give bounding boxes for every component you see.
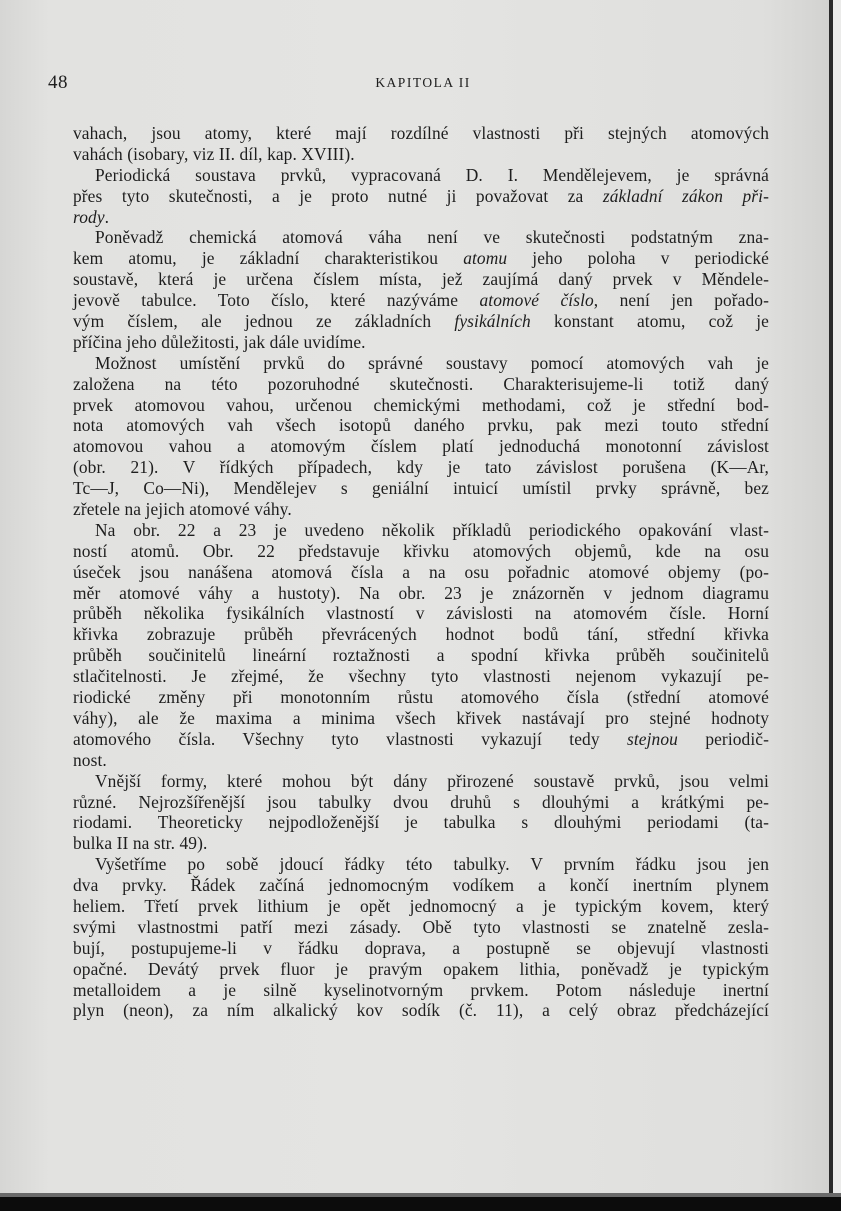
running-head: 48 KAPITOLA II [48,72,768,96]
text-line: vým číslem, ale jednou ze základních fys… [73,311,769,332]
text-line: Periodická soustava prvků, vypracovaná D… [73,165,769,186]
text-line: přes tyto skutečnosti, a je proto nutné … [73,186,769,207]
chapter-title: KAPITOLA II [48,75,768,91]
text-line: prvek atomovou vahou, určenou chemickými… [73,395,769,416]
text-line: heliem. Třetí prvek lithium je opět jedn… [73,896,769,917]
text-line: riodami. Theoreticky nejpodloženější je … [73,812,769,833]
text-line: zřetele na jejich atomové váhy. [73,499,769,520]
text-line: Poněvadž chemická atomová váha není ve s… [73,227,769,248]
text-line: Vnější formy, které mohou být dány přiro… [73,771,769,792]
italic-emphasis: rody [73,207,105,227]
italic-emphasis: základní zákon při- [603,186,769,206]
text-line: plyn (neon), za ním alkalický kov sodík … [73,1000,769,1021]
text-line: úseček jsou nanášena atomová čísla a na … [73,562,769,583]
text-line: křivka zobrazuje průběh převrácených hod… [73,624,769,645]
text-line: opačné. Devátý prvek fluor je pravým opa… [73,959,769,980]
italic-emphasis: atomu [463,248,507,268]
text-line: atomovou vahou a atomovým číslem platí j… [73,436,769,457]
italic-emphasis: atomové číslo [479,290,593,310]
text-line: nota atomových vah všech isotopů daného … [73,415,769,436]
text-line: váhy), ale že maxima a minima všech křiv… [73,708,769,729]
text-line: nost. [73,750,769,771]
text-line: příčina jeho důležitosti, jak dále uvidí… [73,332,769,353]
text-line: různé. Nejrozšířenější jsou tabulky dvou… [73,792,769,813]
text-line: vahach, jsou atomy, které mají rozdílné … [73,123,769,144]
text-line: založena na této pozoruhodné skutečnosti… [73,374,769,395]
text-line: jevově tabulce. Toto číslo, které nazývá… [73,290,769,311]
text-line: Tc—J, Co—Ni), Mendělejev s geniální intu… [73,478,769,499]
text-line: ností atomů. Obr. 22 představuje křivku … [73,541,769,562]
text-line: svými vlastnostmi patří mezi zásady. Obě… [73,917,769,938]
text-line: atomového čísla. Všechny tyto vlastnosti… [73,729,769,750]
text-line: bují, postupujeme-li v řádku doprava, a … [73,938,769,959]
italic-emphasis: stejnou [627,729,678,749]
text-line: (obr. 21). V řídkých případech, kdy je t… [73,457,769,478]
text-line: stlačitelnosti. Je zřejmé, že všechny ty… [73,666,769,687]
text-line: měr atomové váhy a hustoty). Na obr. 23 … [73,583,769,604]
body-text: vahach, jsou atomy, které mají rozdílné … [73,123,769,1021]
text-line: Na obr. 22 a 23 je uvedeno několik příkl… [73,520,769,541]
text-line: riodické změny při monotonním růstu atom… [73,687,769,708]
italic-emphasis: fysikálních [454,311,530,331]
text-line: bulka II na str. 49). [73,833,769,854]
text-line: průběh několika fysikálních vlastností v… [73,603,769,624]
text-line: vahách (isobary, viz II. díl, kap. XVIII… [73,144,769,165]
text-line: Vyšetříme po sobě jdoucí řádky této tabu… [73,854,769,875]
book-page: 48 KAPITOLA II vahach, jsou atomy, které… [0,0,829,1197]
adjacent-page-edge [833,0,841,1197]
scan-border [0,1197,841,1211]
text-line: soustavě, která je určena číslem místa, … [73,269,769,290]
text-line: dva prvky. Řádek začíná jednomocným vodí… [73,875,769,896]
text-line: rody. [73,207,769,228]
text-line: průběh součinitelů lineární roztažnosti … [73,645,769,666]
text-line: metalloidem a je silně kyselinotvorným p… [73,980,769,1001]
text-line: kem atomu, je základní charakteristikou … [73,248,769,269]
text-line: Možnost umístění prvků do správné sousta… [73,353,769,374]
